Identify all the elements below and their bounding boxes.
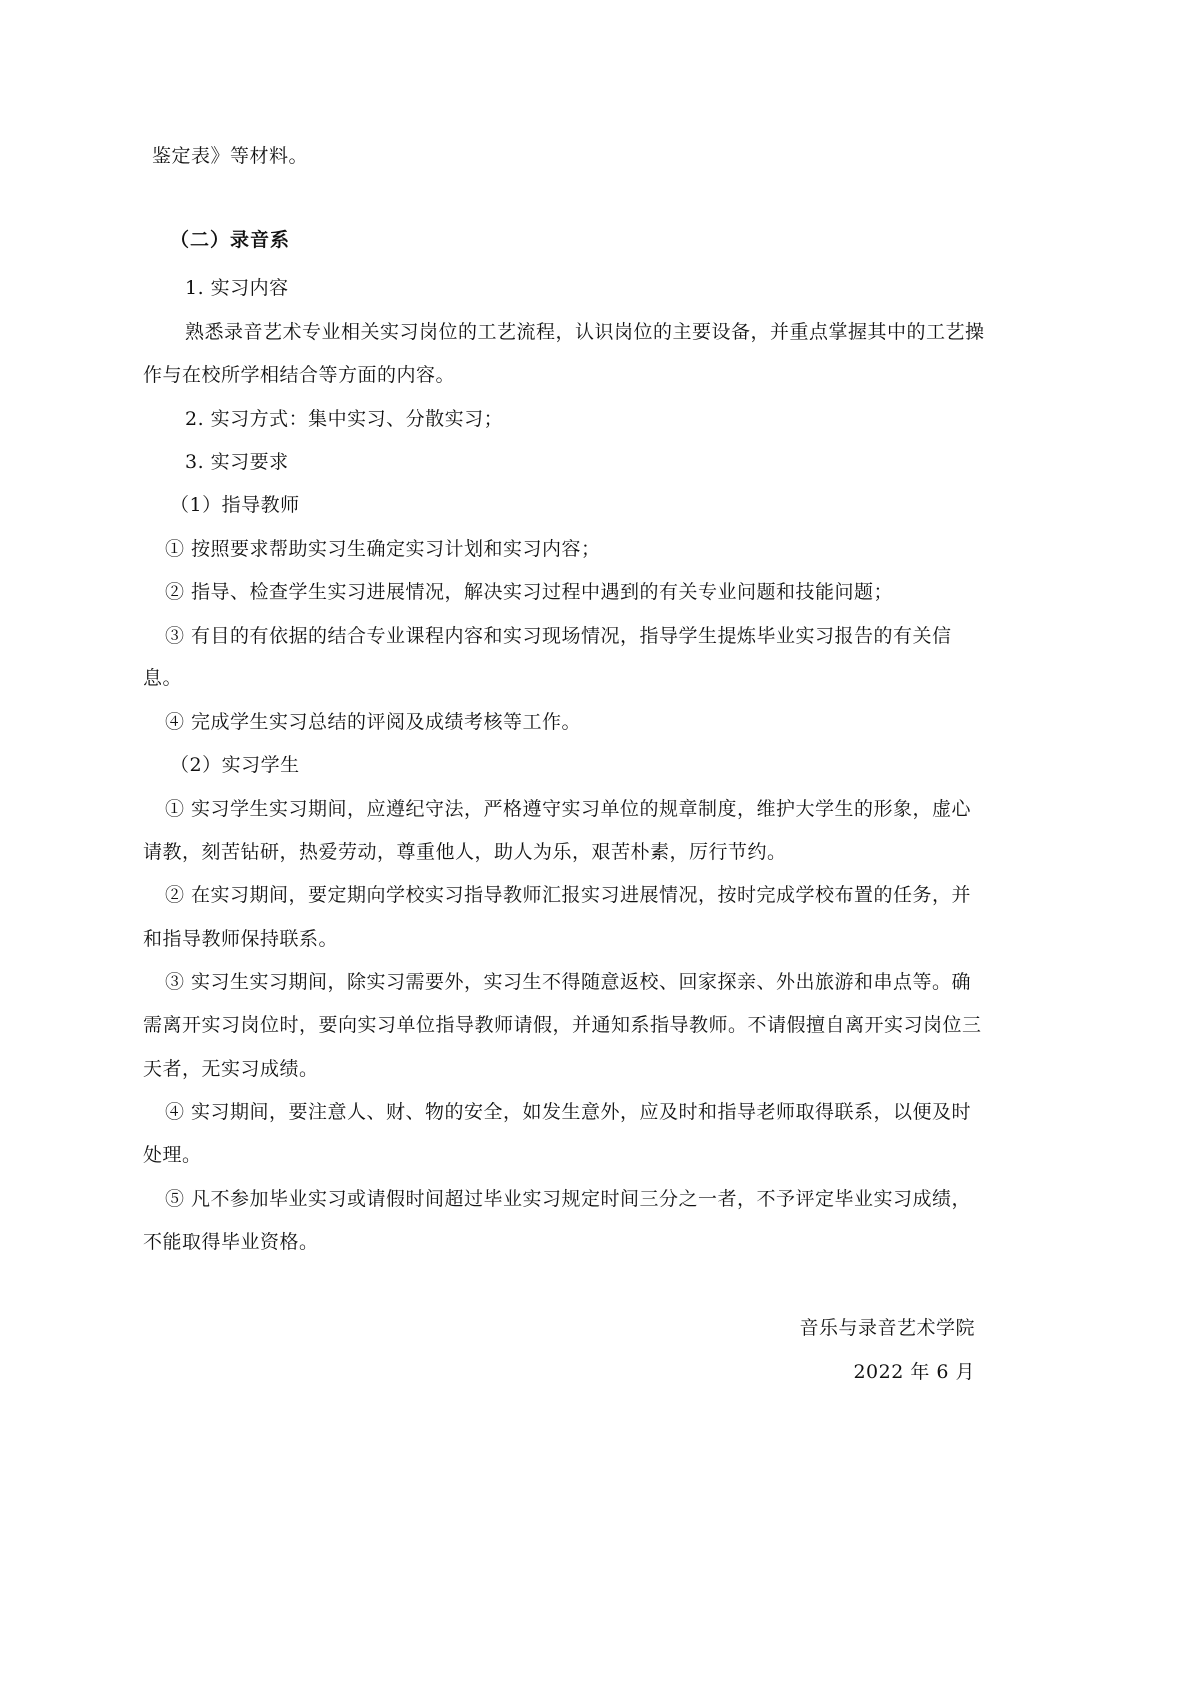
teacher-heading: （1）指导教师: [170, 493, 300, 517]
student-p5-line1: ⑤ 凡不参加毕业实习或请假时间超过毕业实习规定时间三分之一者，不予评定毕业实习成…: [165, 1187, 971, 1211]
student-p1-line2: 请教，刻苦钻研，热爱劳动，尊重他人，助人为乐，艰苦朴素，厉行节约。: [143, 840, 787, 864]
student-p4-line2: 处理。: [143, 1143, 202, 1167]
signature-org: 音乐与录音艺术学院: [799, 1316, 975, 1340]
student-p3-line2: 需离开实习岗位时，要向实习单位指导教师请假，并通知系指导教师。不请假擅自离开实习…: [143, 1013, 982, 1037]
item1-title: 1. 实习内容: [185, 276, 289, 300]
student-p3-line3: 天者，无实习成绩。: [143, 1057, 319, 1081]
item1-body-line1: 熟悉录音艺术专业相关实习岗位的工艺流程，认识岗位的主要设备，并重点掌握其中的工艺…: [185, 320, 985, 344]
teacher-p3-line2: 息。: [143, 666, 182, 690]
student-p5-line2: 不能取得毕业资格。: [143, 1230, 319, 1254]
item1-body-line2: 作与在校所学相结合等方面的内容。: [143, 363, 455, 387]
student-p3-line1: ③ 实习生实习期间，除实习需要外，实习生不得随意返校、回家探亲、外出旅游和串点等…: [165, 970, 971, 994]
teacher-p4: ④ 完成学生实习总结的评阅及成绩考核等工作。: [165, 710, 581, 734]
teacher-p1: ① 按照要求帮助实习生确定实习计划和实习内容；: [165, 537, 601, 561]
teacher-p3-line1: ③ 有目的有依据的结合专业课程内容和实习现场情况，指导学生提炼毕业实习报告的有关…: [165, 624, 952, 648]
student-heading: （2）实习学生: [170, 753, 300, 777]
student-p1-line1: ① 实习学生实习期间，应遵纪守法，严格遵守实习单位的规章制度，维护大学生的形象，…: [165, 797, 971, 821]
item2-text: 2. 实习方式：集中实习、分散实习；: [185, 407, 503, 431]
student-p4-line1: ④ 实习期间，要注意人、财、物的安全，如发生意外，应及时和指导老师取得联系，以便…: [165, 1100, 971, 1124]
student-p2-line2: 和指导教师保持联系。: [143, 927, 338, 951]
item3-title: 3. 实习要求: [185, 450, 289, 474]
signature-date: 2022 年 6 月: [853, 1360, 975, 1384]
continuation-text: 鉴定表》等材料。: [152, 144, 308, 168]
section-title: （二）录音系: [170, 228, 290, 252]
student-p2-line1: ② 在实习期间，要定期向学校实习指导教师汇报实习进展情况，按时完成学校布置的任务…: [165, 883, 971, 907]
teacher-p2: ② 指导、检查学生实习进展情况，解决实习过程中遇到的有关专业问题和技能问题；: [165, 580, 893, 604]
